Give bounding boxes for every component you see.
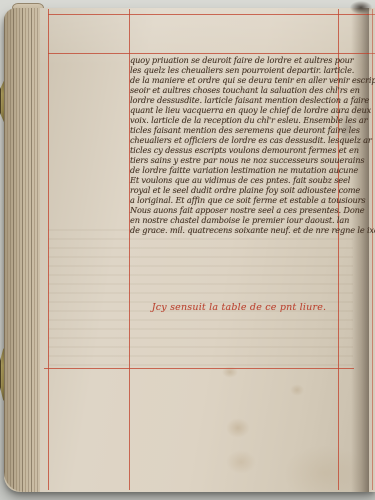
manuscript-line: voix. larticle de la reception du chl'r … (130, 115, 348, 125)
manuscript-line: de grace. mil. quatrecens soixante neuf.… (130, 225, 348, 235)
red-ruling-facing-tick-lower (367, 53, 375, 54)
rubric-line: Jcy sensuit la table de ce pnt liure. (130, 300, 348, 316)
parchment-stain (226, 450, 256, 474)
manuscript-line: a loriginal. Et affin que ce soit ferme … (130, 195, 348, 205)
red-ruling-horizontal-top (48, 14, 369, 15)
manuscript-line: seoir et aultres choses touchant la salu… (130, 85, 348, 95)
manuscript-photo: quoy priuation se deuroit faire de lordr… (0, 0, 375, 500)
manuscript-line: royal et le seel dudit ordre plaine foy … (130, 185, 348, 195)
manuscript-line: quant le lieu vacquerra en quoy le chief… (130, 105, 348, 115)
manuscript-line: ticles faisant mention des seremens que … (130, 125, 348, 135)
manuscript-line: de la maniere et ordre qui se deura teni… (130, 75, 348, 85)
ink-show-through (48, 228, 353, 366)
manuscript-line: tiers sains y estre par nous ne noz succ… (130, 155, 348, 165)
parchment-stain (290, 384, 304, 396)
red-ruling-horizontal-bottom (44, 368, 354, 369)
manuscript-line: cheualiers et officiers de lordre es cas… (130, 135, 348, 145)
manuscript-line: Nous auons fait apposer nostre seel a ce… (130, 205, 348, 215)
manuscript-line: ticles cy dessus escripts voulons demour… (130, 145, 348, 155)
manuscript-text-block: quoy priuation se deuroit faire de lordr… (130, 55, 348, 235)
parchment-stain (226, 418, 250, 438)
corner-smudge (350, 1, 372, 14)
manuscript-line: de lordre faitte variation lestimation n… (130, 165, 348, 175)
red-ruling-vertical-left (48, 9, 49, 490)
manuscript-line: les quelz les cheualiers sen pourroient … (130, 65, 348, 75)
red-ruling-horizontal-header (48, 53, 369, 54)
manuscript-line: lordre dessusdite. larticle faisant ment… (130, 95, 348, 105)
manuscript-line: quoy priuation se deuroit faire de lordr… (130, 55, 348, 65)
manuscript-line: en nostre chastel damboise le premier io… (130, 215, 348, 225)
manuscript-line: Et voulons que au vidimus de ces pntes. … (130, 175, 348, 185)
red-ruling-facing-tick-top (367, 14, 375, 15)
